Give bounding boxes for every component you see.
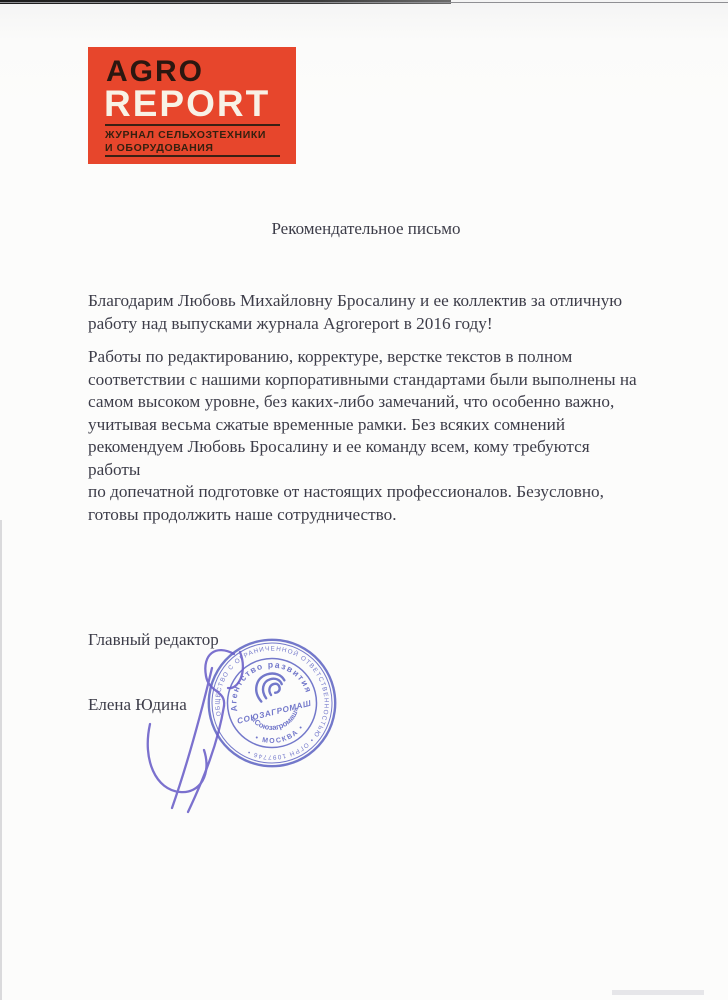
letter-paragraph-2: Работы по редактированию, корректуре, ве…: [88, 346, 644, 526]
logo-brand-bottom: REPORT: [104, 85, 270, 122]
logo-tagline-line2: И ОБОРУДОВАНИЯ: [105, 143, 214, 154]
agro-report-logo: AGRO REPORT ЖУРНАЛ СЕЛЬХОЗТЕХНИКИ И ОБОР…: [88, 47, 296, 164]
handwritten-signature: [138, 638, 273, 823]
scan-artifact-top-line: [0, 2, 728, 3]
scan-artifact-bottom-smudge: [612, 990, 704, 995]
logo-divider-top: [105, 124, 280, 126]
letter-paragraph-1: Благодарим Любовь Михайловну Бросалину и…: [88, 290, 644, 335]
scan-artifact-left-edge: [0, 520, 2, 1000]
letter-title: Рекомендательное письмо: [88, 219, 644, 239]
logo-divider-bottom: [105, 155, 280, 157]
logo-tagline-line1: ЖУРНАЛ СЕЛЬХОЗТЕХНИКИ: [105, 130, 266, 141]
